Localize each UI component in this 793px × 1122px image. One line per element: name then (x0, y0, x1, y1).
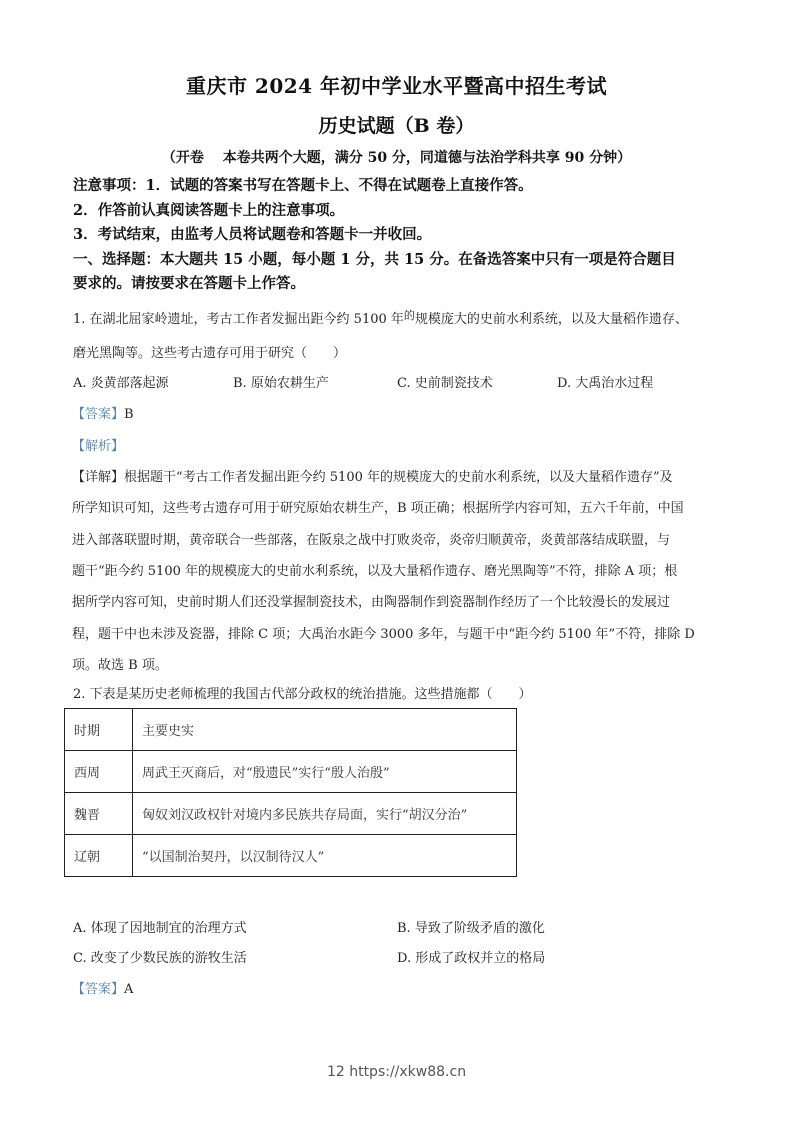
analysis-tag: 【解析】 (72, 435, 124, 454)
q1-option-a: A. 炎黄部落起源 (73, 372, 169, 391)
detail-line-6: 程，题干中也未涉及瓷器，排除 C 项；大禹治水距今 3000 多年，与题干中“距… (72, 623, 695, 642)
q1-stem-line2: 磨光黑陶等。这些考古遗存可用于研究（ ） (73, 342, 346, 361)
q2-option-d: D. 形成了政权并立的格局 (397, 947, 545, 966)
q2-option-c: C. 改变了少数民族的游牧生活 (73, 947, 247, 966)
table-header-period: 时期 (65, 709, 133, 751)
q2-answer: 【答案】A (72, 978, 133, 997)
table-header-facts: 主要史实 (133, 709, 517, 751)
page-footer: 12 https://xkw88.cn (0, 1064, 793, 1080)
detail-line-1: 【详解】根据题干“考古工作者发掘出距今约 5100 年的规模庞大的史前水利系统，… (72, 466, 673, 485)
section-heading-line1: 一、选择题：本大题共 15 小题，每小题 1 分，共 15 分。在备选答案中只有… (73, 248, 676, 269)
note-1: 注意事项：1．试题的答案书写在答题卡上、不得在试题卷上直接作答。 (73, 174, 533, 195)
q1-stem-line1: 1. 在湖北屈家岭遗址，考古工作者发掘出距今约 5100 年的规模庞大的史前水利… (73, 308, 688, 327)
table-cell-fact: “以国制治契丹，以汉制待汉人” (133, 835, 517, 877)
answer-tag: 【答案】 (72, 407, 124, 422)
table-cell-period: 西周 (65, 751, 133, 793)
table-row: 魏晋 匈奴刘汉政权针对境内多民族共存局面，实行“胡汉分治” (65, 793, 517, 835)
detail-line-2: 所学知识可知，这些考古遗存可用于研究原始农耕生产，B 项正确；根据所学内容可知，… (72, 497, 684, 516)
note-2: 2．作答前认真阅读答题卡上的注意事项。 (73, 199, 344, 220)
exam-title: 重庆市 2024 年初中学业水平暨高中招生考试 (0, 70, 793, 99)
answer-value: B (124, 407, 134, 422)
exam-subtitle: 历史试题（B 卷） (0, 111, 793, 138)
q1-stem-sup: 的 (404, 309, 415, 322)
q2-option-a: A. 体现了因地制宜的治理方式 (73, 917, 247, 936)
table-cell-fact: 匈奴刘汉政权针对境内多民族共存局面，实行“胡汉分治” (133, 793, 517, 835)
detail-line-3: 进入部落联盟时期，黄帝联合一些部落，在阪泉之战中打败炎帝，炎帝归顺黄帝，炎黄部落… (72, 529, 670, 548)
q1-stem-part2: 规模庞大的史前水利系统，以及大量稻作遗存、 (415, 312, 688, 327)
table-cell-fact: 周武王灭商后，对“殷遗民”实行“殷人治殷” (133, 751, 517, 793)
section-heading-line2: 要求的。请按要求在答题卡上作答。 (73, 272, 305, 293)
q1-stem-part1: 1. 在湖北屈家岭遗址，考古工作者发掘出距今约 5100 年 (73, 312, 404, 327)
table-cell-period: 辽朝 (65, 835, 133, 877)
q1-option-d: D. 大禹治水过程 (557, 372, 653, 391)
table-row: 辽朝 “以国制治契丹，以汉制待汉人” (65, 835, 517, 877)
q1-option-b: B. 原始农耕生产 (233, 372, 329, 391)
q1-option-c: C. 史前制瓷技术 (397, 372, 493, 391)
detail-line-7: 项。故选 B 项。 (72, 654, 168, 673)
answer-value: A (124, 982, 133, 997)
table-header-row: 时期 主要史实 (65, 709, 517, 751)
note-3: 3．考试结束，由监考人员将试题卷和答题卡一并收回。 (73, 223, 431, 244)
q1-answer: 【答案】B (72, 403, 134, 422)
table-cell-period: 魏晋 (65, 793, 133, 835)
q2-stem: 2. 下表是某历史老师梳理的我国古代部分政权的统治措施。这些措施都（ ） (73, 683, 532, 702)
q2-table: 时期 主要史实 西周 周武王灭商后，对“殷遗民”实行“殷人治殷” 魏晋 匈奴刘汉… (64, 708, 517, 877)
table-row: 西周 周武王灭商后，对“殷遗民”实行“殷人治殷” (65, 751, 517, 793)
detail-line-4: 题干“距今约 5100 年的规模庞大的史前水利系统，以及大量稻作遗存、磨光黑陶等… (72, 560, 677, 579)
q2-option-b: B. 导致了阶级矛盾的激化 (397, 917, 545, 936)
detail-line-5: 据所学内容可知，史前时期人们还没掌握制瓷技术，由陶器制作到瓷器制作经历了一个比较… (72, 591, 670, 610)
exam-info: （开卷 本卷共两个大题，满分 50 分，同道德与法治学科共享 90 分钟） (0, 147, 793, 167)
answer-tag: 【答案】 (72, 982, 124, 997)
